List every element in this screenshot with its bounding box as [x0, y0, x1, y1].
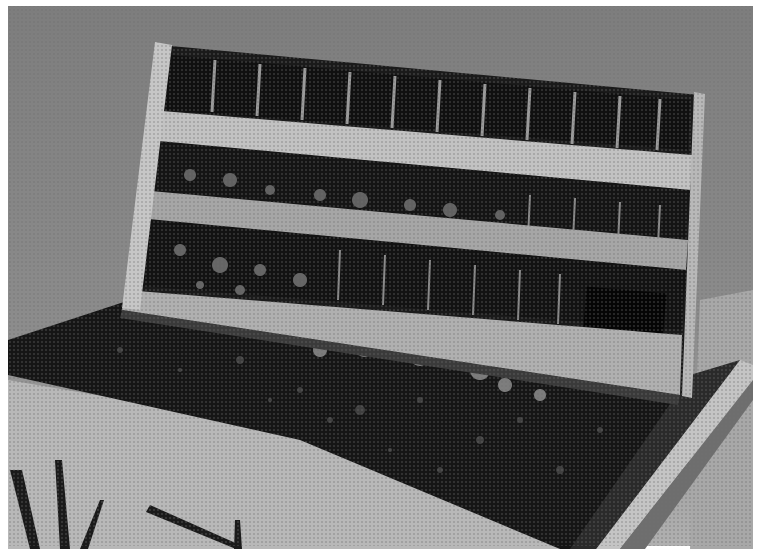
halftone-photograph: three-tier wooden rack holding rows of g…: [0, 0, 759, 549]
photo-canvas: [0, 0, 759, 549]
